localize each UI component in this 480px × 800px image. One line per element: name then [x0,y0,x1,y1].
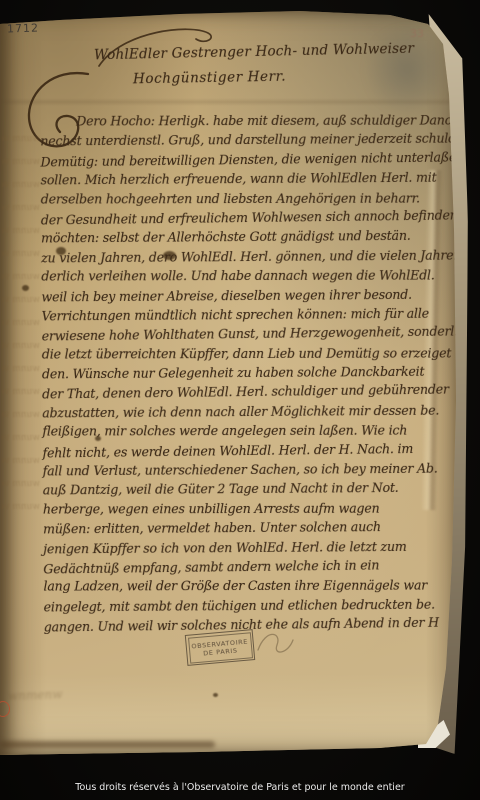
manuscript-line: Dero Hocho: Herligk. habe mit diesem, au… [40,112,452,132]
stamp-text-line-1: OBSERVATOIRE [191,637,248,650]
stamp-text-line-2: DE PARIS [203,646,238,657]
manuscript-line: sollen. Mich herzlich erfreuende, wann d… [41,170,453,192]
manuscript-line: abzustatten, wie ich denn nach aller Mög… [42,402,454,424]
manuscript-line: herberge, wegen eines unbilligen Arrests… [43,500,455,520]
manuscript-line: fleißigen, mir solches werde angelegen s… [42,423,454,443]
bleed-through-text: wunm vernm uwnem vnuwwunm vernm uwnem vn… [2,128,40,519]
folio-number: 33 [410,27,424,40]
year-annotation: 1712 [7,21,39,35]
manuscript-page: 1712 33 WohlEdler Gestrenger Hoch- und W… [0,0,468,757]
salutation-line-2: Hochgünstiger Herr. [133,69,286,88]
edge-smudge [0,741,215,748]
manuscript-line: die letzt überreichten Küpffer, dann Lie… [42,345,454,365]
letter-body: Dero Hocho: Herligk. habe mit diesem, au… [40,112,456,638]
manuscript-line: erwiesene hohe Wohlthaten Gunst, und Her… [42,324,454,348]
manuscript-line: zu vielen Jahren, dero WohlEdl. Herl. gö… [41,247,453,269]
ghost-writing: wnmenw [8,687,63,703]
stamp-side-flourish [256,626,296,660]
manuscript-line: auß Dantzig, weil die Güter 2 Tage und N… [43,480,455,502]
manuscript-line: lang Ladzen, weil der Größe der Casten i… [43,578,455,598]
ink-blot [213,693,218,697]
red-margin-mark [0,701,10,717]
manuscript-line: derlich verleihen wolle. Und habe dannac… [41,268,453,288]
copyright-caption: Tous droits réservés à l'Observatoire de… [0,782,480,793]
observatoire-stamp: OBSERVATOIRE DE PARIS [185,629,255,666]
archival-photo: 1712 33 WohlEdler Gestrenger Hoch- und W… [0,0,480,800]
